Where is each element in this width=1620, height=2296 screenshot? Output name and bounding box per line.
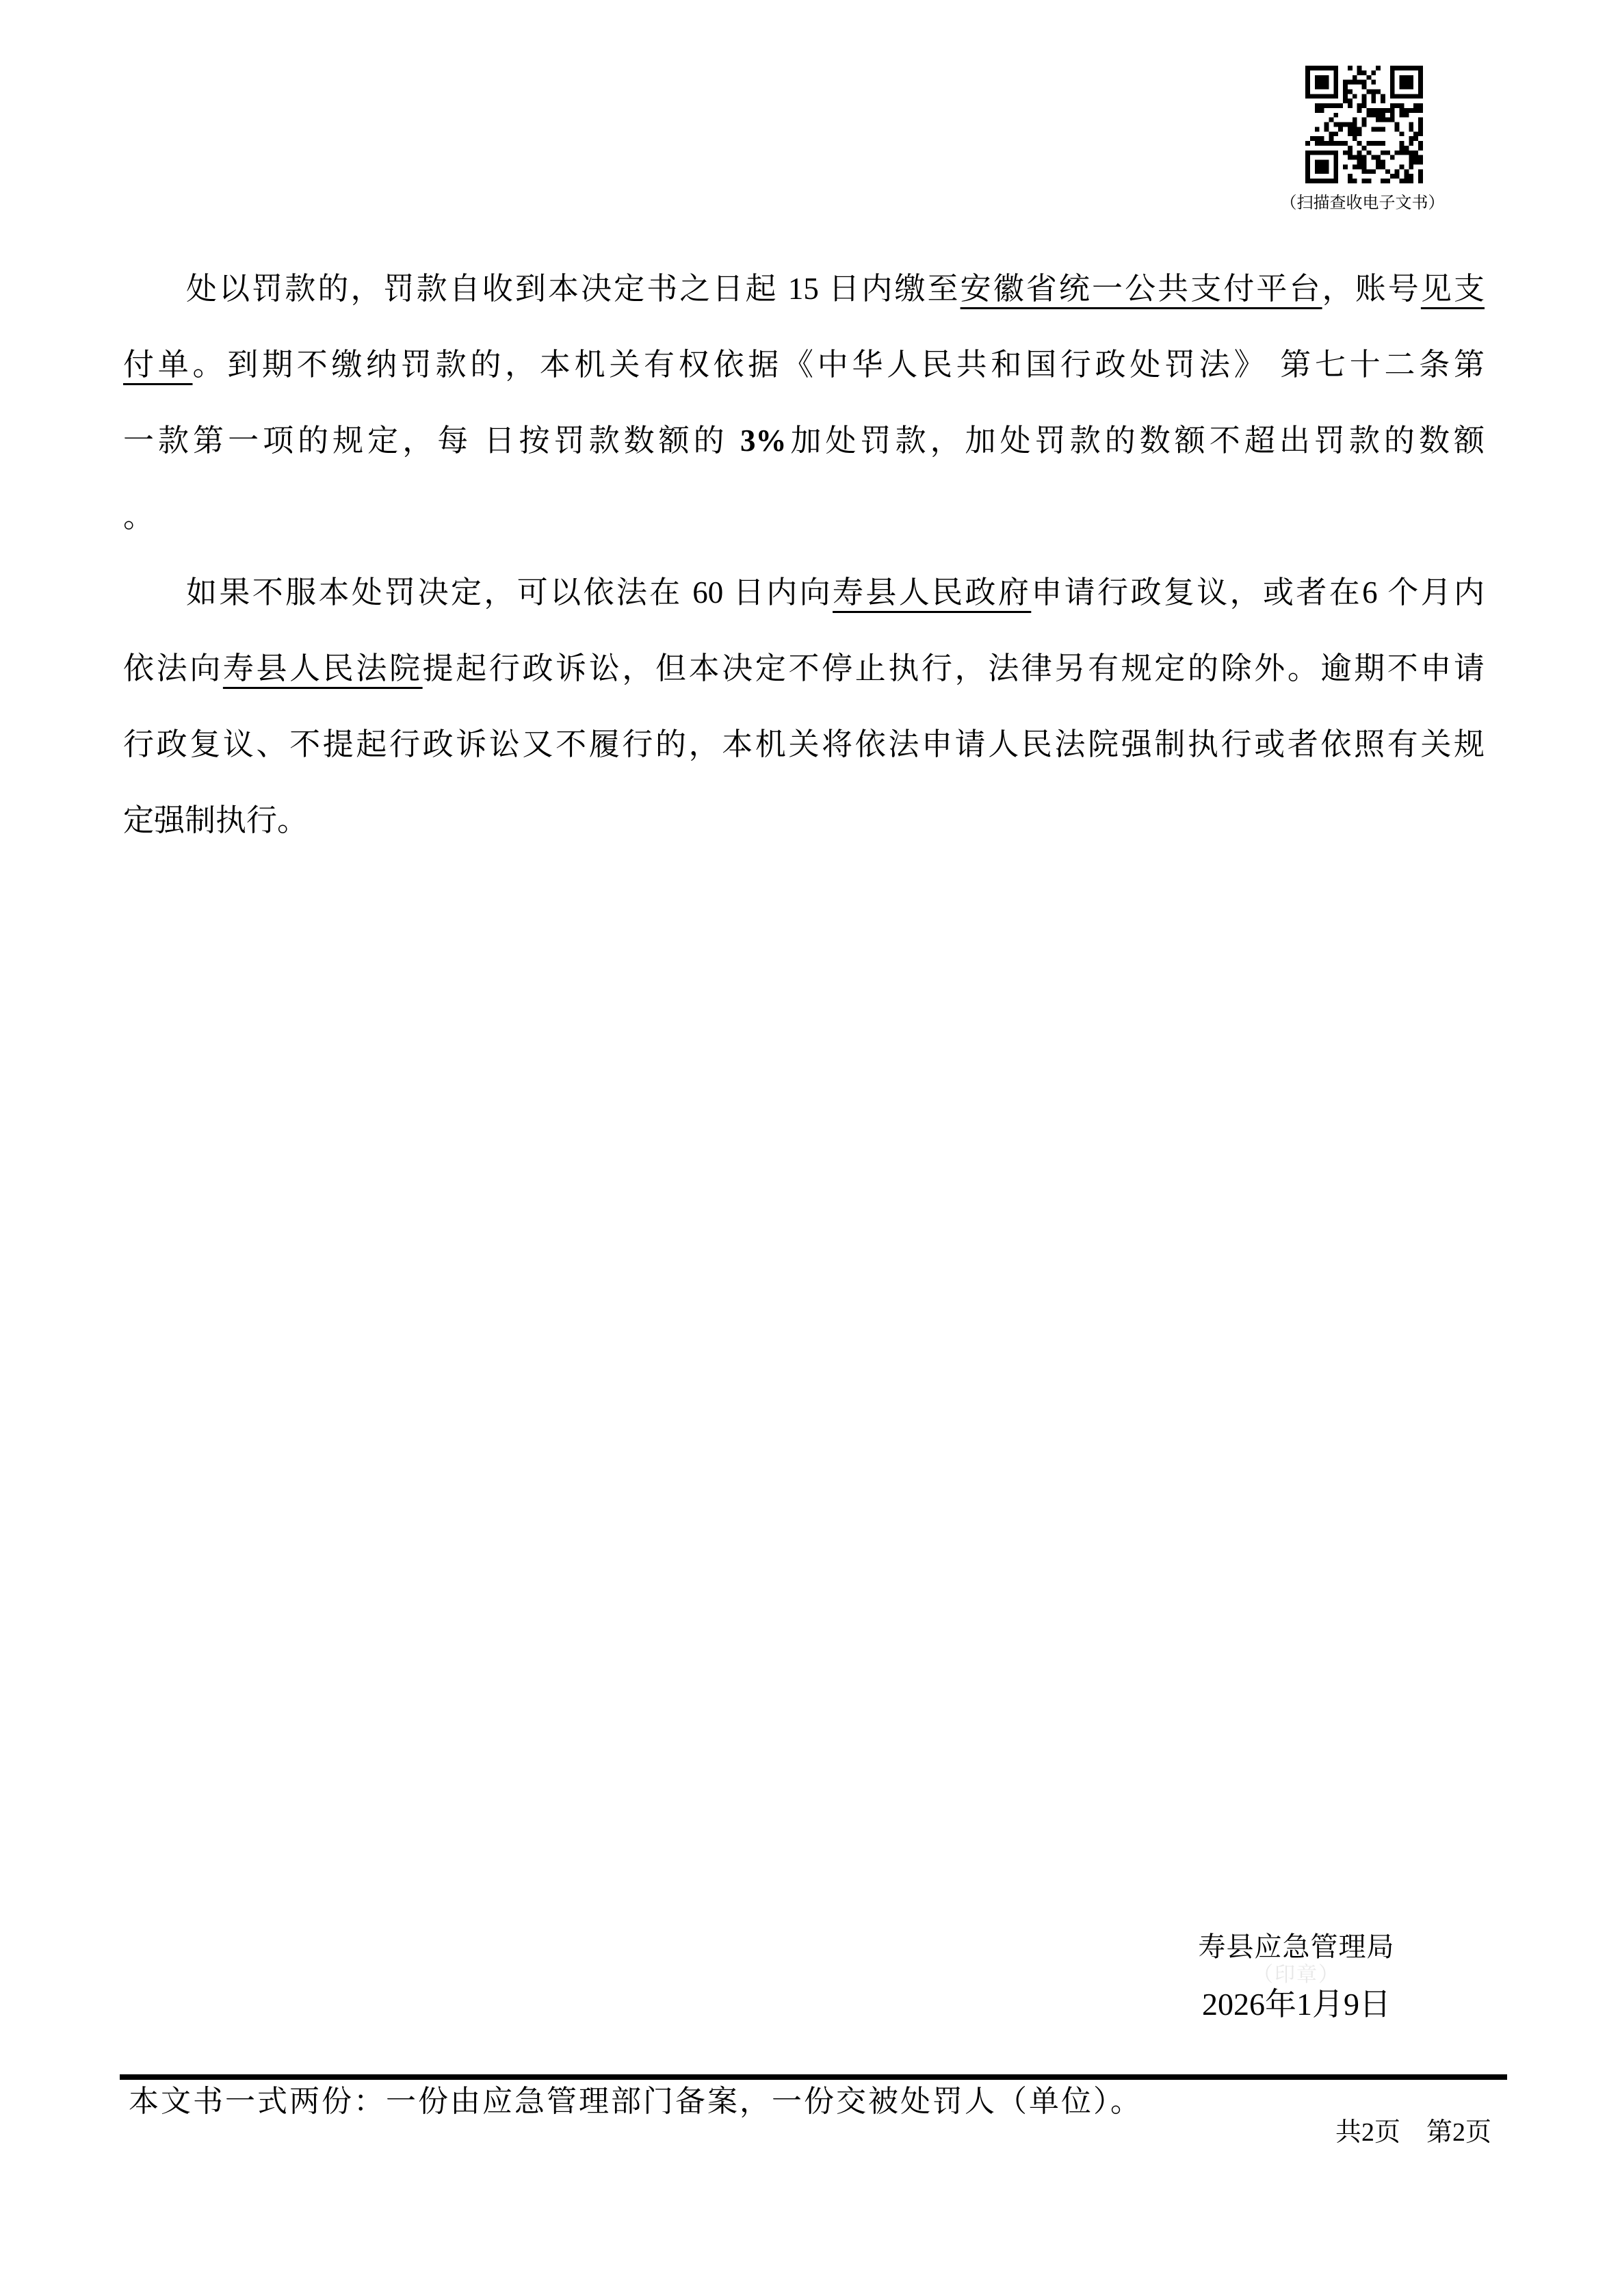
- text-segment: 定强制执行。: [123, 803, 308, 837]
- text-segment: 如果不服本处罚决定，可以依法在 60 日内向: [186, 575, 833, 610]
- underlined-text: 见支: [1421, 272, 1485, 306]
- underlined-text: 安徽省统一公共支付平台: [961, 272, 1322, 306]
- text-line: 依法向寿县人民法院提起行政诉讼，但本决定不停止执行，法律另有规定的除外。逾期不申…: [123, 631, 1485, 707]
- text-segment: 行政复议、不提起行政诉讼又不履行的，本机关将依法申请人民法院强制执行或者依照有关…: [123, 727, 1485, 761]
- text-line: 如果不服本处罚决定，可以依法在 60 日内向寿县人民政府申请行政复议，或者在6 …: [123, 555, 1485, 631]
- text-segment: 3%: [740, 423, 787, 458]
- qr-code: [1305, 66, 1423, 183]
- text-line: 。: [123, 479, 1485, 555]
- text-line: 一款第一项的规定，每 日按罚款数额的 3%加处罚款，加处罚款的数额不超出罚款的数…: [123, 403, 1485, 479]
- text-line: 处以罚款的，罚款自收到本决定书之日起 15 日内缴至安徽省统一公共支付平台，账号…: [123, 251, 1485, 327]
- document-body: 处以罚款的，罚款自收到本决定书之日起 15 日内缴至安徽省统一公共支付平台，账号…: [123, 251, 1485, 859]
- seal-placeholder: （印章）: [1136, 1964, 1457, 1987]
- qr-caption: （扫描查收电子文书）: [1248, 192, 1477, 215]
- underlined-text: 寿县人民法院: [223, 651, 423, 686]
- issue-date: 2026年1月9日: [1136, 1987, 1457, 2022]
- text-segment: 。到期不缴纳罚款的，本机关有权依据《中华人民共和国行政处罚法》 第七十二条第: [192, 348, 1485, 382]
- underlined-text: 付单: [123, 348, 192, 382]
- signature-block: 寿县应急管理局 （印章） 2026年1月9日: [1136, 1931, 1457, 2022]
- footer-divider: [120, 2074, 1507, 2080]
- footer-note: 本文书一式两份：一份由应急管理部门备案，一份交被处罚人（单位）。: [129, 2084, 1428, 2119]
- page-number: 共2页 第2页: [1231, 2117, 1491, 2148]
- text-segment: ，账号: [1322, 272, 1421, 306]
- text-segment: 处以罚款的，罚款自收到本决定书之日起 15 日内缴至: [186, 272, 961, 306]
- text-line: 付单。到期不缴纳罚款的，本机关有权依据《中华人民共和国行政处罚法》 第七十二条第: [123, 327, 1485, 403]
- text-segment: 申请行政复议，或者在6 个月内: [1031, 575, 1485, 610]
- text-segment: 依法向: [123, 651, 223, 686]
- underlined-text: 寿县人民政府: [833, 575, 1031, 610]
- text-segment: 一款第一项的规定，每 日按罚款数额的: [123, 423, 740, 458]
- text-segment: 加处罚款，加处罚款的数额不超出罚款的数额: [786, 423, 1485, 458]
- text-line: 定强制执行。: [123, 783, 1485, 859]
- text-segment: 。: [123, 499, 154, 534]
- document-page: （扫描查收电子文书） 处以罚款的，罚款自收到本决定书之日起 15 日内缴至安徽省…: [0, 0, 1620, 2296]
- text-line: 行政复议、不提起行政诉讼又不履行的，本机关将依法申请人民法院强制执行或者依照有关…: [123, 707, 1485, 783]
- issuing-agency: 寿县应急管理局: [1136, 1931, 1457, 1964]
- text-segment: 提起行政诉讼，但本决定不停止执行，法律另有规定的除外。逾期不申请: [423, 651, 1485, 686]
